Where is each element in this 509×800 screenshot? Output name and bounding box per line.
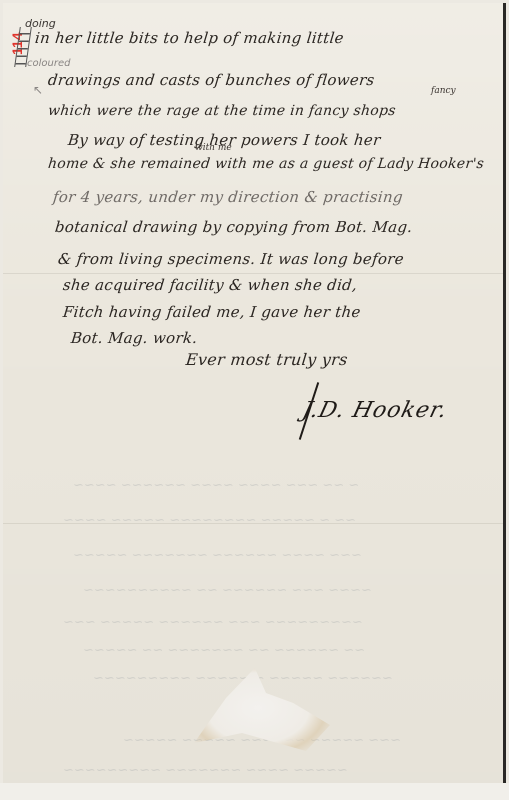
letter-line-11: Bot. Mag. work. xyxy=(70,329,198,347)
letter-line-7: botanical drawing by copying from Bot. M… xyxy=(54,218,413,236)
caret-mark-icon: ↖ xyxy=(33,83,43,97)
letter-line-8: & from living specimens. It was long bef… xyxy=(57,250,405,268)
scan-bottom-margin xyxy=(0,783,509,800)
letter-line-6: for 4 years, under my direction & practi… xyxy=(52,188,404,206)
letter-closing: Ever most truly yrs xyxy=(185,350,349,369)
letter-line-3: which were the rage at the time in fancy… xyxy=(47,103,396,119)
letter-line-5: home & she remained with me as a guest o… xyxy=(47,156,485,172)
bleed-through-line: ~~~ ~~~~ ~~~~~~ ~~~~~~~ ~~~~~ xyxy=(73,548,362,563)
letter-line-9: she acquired facility & when she did, xyxy=(62,276,358,294)
bleed-through-line: ~~ ~ ~~~~~ ~~~~~~~~ ~~~~~ ~~~~ xyxy=(63,513,356,528)
letter-line-2: drawings and casts of bunches of flowers xyxy=(47,71,375,89)
letter-line-1: in her little bits to help of making lit… xyxy=(34,29,345,47)
signature: J.D. Hooker. xyxy=(300,398,450,423)
bleed-through-line: ~~ ~~~~~~ ~~ ~~~~~~~ ~~ ~~~~~ xyxy=(83,643,365,658)
margin-note-below: coloured xyxy=(27,58,70,69)
paper-fold xyxy=(3,273,503,274)
bleed-through-line: ~~~~~~~~~ ~~~ ~~~~~~ ~~~~~ ~~~ xyxy=(63,615,363,630)
letter-line-10: Fitch having failed me, I gave her the xyxy=(62,303,362,321)
interlinear-insert-fancy: fancy xyxy=(431,86,456,96)
letter-page: ~ ~~ ~~~ ~~~~ ~~~~ ~~~~~~ ~~~~ ~~ ~ ~~~~… xyxy=(3,3,506,783)
bleed-through-line: ~ ~~ ~~~ ~~~~ ~~~~ ~~~~~~ ~~~~ xyxy=(73,478,359,493)
bleed-through-line: ~~~~ ~~~ ~~~~~~ ~~ ~~~~~~~~~~ xyxy=(83,583,372,598)
bleed-through-line: ~~~~~ ~~~~ ~~~~~~~ ~~~~~~~~~ xyxy=(63,763,348,778)
interlinear-insert-with-me: with me xyxy=(195,143,232,153)
